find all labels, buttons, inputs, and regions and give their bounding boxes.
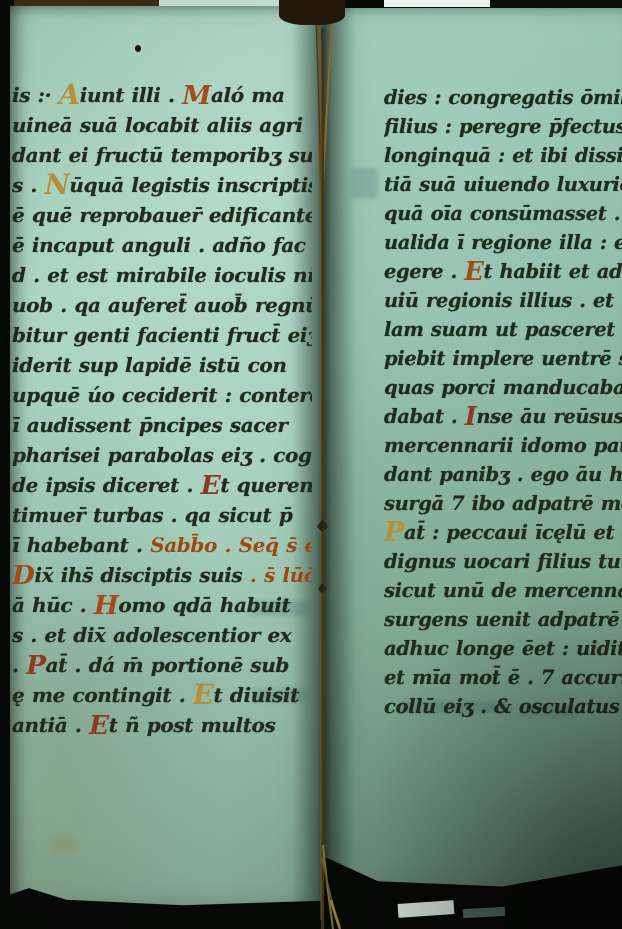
manuscript-text: uineā suā locabit aliis agri bbox=[12, 113, 303, 137]
manuscript-text: surgā 7 ibo adpatrē meū . e bbox=[384, 492, 622, 515]
manuscript-text: de ipsis diceret . bbox=[12, 473, 201, 497]
showthrough-ghost bbox=[352, 168, 378, 198]
manuscript-text: egere . bbox=[384, 260, 464, 283]
manuscript-line: iderit sup lapidē istū con bbox=[12, 350, 312, 380]
rubric-text: Sabb̄o . Seq̄ s̄ eūg̃ bbox=[150, 533, 312, 557]
manuscript-line: filius : peregre p̄fectus ē i bbox=[384, 112, 622, 141]
manuscript-text: s . et dix̄ adolescentior ex bbox=[12, 623, 291, 647]
manuscript-line: surgā 7 ibo adpatrē meū . e bbox=[384, 489, 622, 518]
manuscript-line: Pat̄ : peccaui īcęlū et corā t bbox=[384, 518, 622, 547]
manuscript-line: dabat . Inse āu reūsus dix bbox=[384, 402, 622, 431]
manuscript-text: timuer̄ turbas . qa sicut p̄ bbox=[12, 503, 292, 527]
manuscript-text: t ñ post multos bbox=[109, 713, 276, 737]
manuscript-line: uiū regionis illius . et misi bbox=[384, 286, 622, 315]
manuscript-text: dant panibʒ . ego āu hic fa bbox=[384, 463, 622, 486]
illuminated-initial: N bbox=[45, 170, 70, 200]
illuminated-initial: P bbox=[26, 650, 45, 680]
manuscript-text: upquē úo ceciderit : conteret bbox=[12, 383, 312, 407]
rubric-text: . s̄ lūc̄ . bbox=[250, 563, 312, 587]
manuscript-text: t diuisit bbox=[214, 683, 299, 707]
manuscript-line: lam suam ut pasceret por bbox=[384, 315, 622, 344]
manuscript-line: ē quē reprobauer̄ edificantes . bbox=[12, 200, 312, 230]
manuscript-text: filius : peregre p̄fectus ē i bbox=[384, 115, 622, 138]
manuscript-text: adhuc longe ēet : uidit il bbox=[384, 637, 622, 660]
manuscript-text: ē incaput anguli . adño fac bbox=[12, 233, 306, 257]
manuscript-line: ā hūc . Homo qdā habuit bbox=[12, 590, 312, 620]
manuscript-line: d . et est mirabile ioculis nr̄is .: bbox=[12, 260, 312, 290]
manuscript-line: s . et dix̄ adolescentior ex bbox=[12, 620, 312, 650]
manuscript-line: ī audissent p̄ncipes sacer bbox=[12, 410, 312, 440]
manuscript-text: dant ei fructū temporibʒ suí . bbox=[12, 143, 312, 167]
manuscript-line: tiā suā uiuendo luxurio bbox=[384, 170, 622, 199]
manuscript-text: quas porci manducabant . bbox=[384, 376, 622, 399]
manuscript-line: s . Nūquā legistis inscriptis bbox=[12, 170, 312, 200]
manuscript-line: egere . Et habiit et adhe bbox=[384, 257, 622, 286]
manuscript-text: ī habebant . bbox=[12, 533, 150, 557]
manuscript-line: mercennarii idomo patris bbox=[384, 431, 622, 460]
manuscript-text: pharisei parabolas eiʒ . cogno bbox=[12, 443, 312, 467]
manuscript-line: dant panibʒ . ego āu hic fa bbox=[384, 460, 622, 489]
left-page-text: is :· Aiunt illi . Maló mauineā suā loca… bbox=[12, 80, 312, 740]
manuscript-line: antiā . Et ñ post multos bbox=[12, 710, 312, 740]
manuscript-line: pharisei parabolas eiʒ . cogno bbox=[12, 440, 312, 470]
manuscript-line: piebit implere uentrē suū bbox=[384, 344, 622, 373]
illuminated-initial: H bbox=[94, 590, 119, 620]
manuscript-text: ā hūc . bbox=[12, 593, 94, 617]
illuminated-initial: E bbox=[201, 470, 221, 500]
manuscript-text: ix̄ ihs̄ disciptis suis bbox=[35, 563, 250, 587]
manuscript-text: lam suam ut pasceret por bbox=[384, 318, 622, 341]
manuscript-line: quas porci manducabant . bbox=[384, 373, 622, 402]
manuscript-text: iderit sup lapidē istū con bbox=[12, 353, 286, 377]
manuscript-text: piebit implere uentrē suū bbox=[384, 347, 622, 370]
manuscript-line: bitur genti facienti fruct̄ eiʒ . bbox=[12, 320, 312, 350]
illuminated-initial: I bbox=[465, 402, 477, 431]
manuscript-text: iunt illi . bbox=[80, 83, 182, 107]
manuscript-text: sicut unū de mercennariis bbox=[384, 579, 622, 602]
manuscript-text: ē quē reprobauer̄ edificantes . bbox=[12, 203, 312, 227]
manuscript-text: ī audissent p̄ncipes sacer bbox=[12, 413, 288, 437]
manuscript-line: uineā suā locabit aliis agri bbox=[12, 110, 312, 140]
manuscript-text: tiā suā uiuendo luxurio bbox=[384, 173, 622, 196]
manuscript-text: ualida ī regione illa : et i bbox=[384, 231, 622, 254]
manuscript-text: uob . qa auferet̄ auob̄ regnū bbox=[12, 293, 312, 317]
manuscript-text: aló ma bbox=[211, 83, 285, 107]
manuscript-photo: is :· Aiunt illi . Maló mauineā suā loca… bbox=[0, 0, 622, 929]
manuscript-line: ualida ī regione illa : et i bbox=[384, 228, 622, 257]
manuscript-line: Dix̄ ihs̄ disciptis suis . s̄ lūc̄ . bbox=[12, 560, 312, 590]
manuscript-line: timuer̄ turbas . qa sicut p̄ bbox=[12, 500, 312, 530]
manuscript-line: is :· Aiunt illi . Maló ma bbox=[12, 80, 312, 110]
manuscript-line: ē incaput anguli . adño fac bbox=[12, 230, 312, 260]
manuscript-text: collū eiʒ . & osculatus ē eū . bbox=[384, 695, 622, 718]
manuscript-line: adhuc longe ēet : uidit il bbox=[384, 634, 622, 663]
manuscript-line: ī habebant . Sabb̄o . Seq̄ s̄ eūg̃ bbox=[12, 530, 312, 560]
right-page-text: dies : congregatis ōmibʒ acfilius : pere… bbox=[384, 83, 622, 721]
manuscript-text: t habiit et adhe bbox=[484, 260, 622, 283]
manuscript-text: bitur genti facienti fruct̄ eiʒ . bbox=[12, 323, 312, 347]
manuscript-text: uiū regionis illius . et misi bbox=[384, 289, 622, 312]
manuscript-text: quā oīa consūmasset . fa bbox=[384, 202, 622, 225]
manuscript-text: ūquā legistis inscriptis bbox=[69, 173, 312, 197]
manuscript-line: de ipsis diceret . Et querentes bbox=[12, 470, 312, 500]
manuscript-text: d . et est mirabile ioculis nr̄is .: bbox=[12, 263, 312, 287]
manuscript-text: nse āu reūsus dix bbox=[476, 405, 622, 428]
manuscript-text: s . bbox=[12, 173, 45, 197]
manuscript-text: ę me contingit . bbox=[12, 683, 193, 707]
manuscript-line: uob . qa auferet̄ auob̄ regnū bbox=[12, 290, 312, 320]
manuscript-text: dies : congregatis ōmibʒ ac bbox=[384, 86, 622, 109]
illuminated-initial: E bbox=[464, 257, 483, 286]
manuscript-text: antiā . bbox=[12, 713, 89, 737]
illuminated-initial: D bbox=[12, 560, 35, 590]
manuscript-line: collū eiʒ . & osculatus ē eū . ı bbox=[384, 692, 622, 721]
manuscript-text: mercennarii idomo patris bbox=[384, 434, 622, 457]
manuscript-line: surgens uenit adpatrē su bbox=[384, 605, 622, 634]
illuminated-initial: M bbox=[182, 80, 211, 110]
illuminated-initial: E bbox=[193, 680, 214, 710]
manuscript-text: omo qdā habuit bbox=[118, 593, 290, 617]
manuscript-line: quā oīa consūmasset . fa bbox=[384, 199, 622, 228]
manuscript-text: t querentes bbox=[220, 473, 312, 497]
manuscript-line: dant ei fructū temporibʒ suí . bbox=[12, 140, 312, 170]
manuscript-text: surgens uenit adpatrē su bbox=[384, 608, 622, 631]
manuscript-line: dignus uocari filius tuus . bbox=[384, 547, 622, 576]
manuscript-text: dabat . bbox=[384, 405, 465, 428]
manuscript-text: at̄ : peccaui īcęlū et corā t bbox=[404, 521, 622, 544]
manuscript-text: longinquā : et ibi dissipau bbox=[384, 144, 622, 167]
manuscript-line: et mīa mot̄ ē . 7 accurrens bbox=[384, 663, 622, 692]
manuscript-line: upquē úo ceciderit : conteret bbox=[12, 380, 312, 410]
manuscript-line: sicut unū de mercennariis bbox=[384, 576, 622, 605]
illuminated-initial: A bbox=[59, 80, 80, 110]
manuscript-text: et mīa mot̄ ē . 7 accurrens bbox=[384, 666, 622, 689]
manuscript-text: at̄ . dá m̄ portionē sub bbox=[46, 653, 289, 677]
manuscript-text: dignus uocari filius tuus . bbox=[384, 550, 622, 573]
manuscript-line: ę me contingit . Et diuisit bbox=[12, 680, 312, 710]
illuminated-initial: E bbox=[89, 710, 109, 740]
manuscript-text: is :· bbox=[12, 83, 59, 107]
binding-top-knot bbox=[279, 0, 345, 25]
manuscript-line: longinquā : et ibi dissipau bbox=[384, 141, 622, 170]
manuscript-line: . Pat̄ . dá m̄ portionē sub bbox=[12, 650, 312, 680]
manuscript-line: dies : congregatis ōmibʒ ac bbox=[384, 83, 622, 112]
manuscript-text: . bbox=[12, 653, 26, 677]
illuminated-initial: P bbox=[384, 518, 404, 547]
